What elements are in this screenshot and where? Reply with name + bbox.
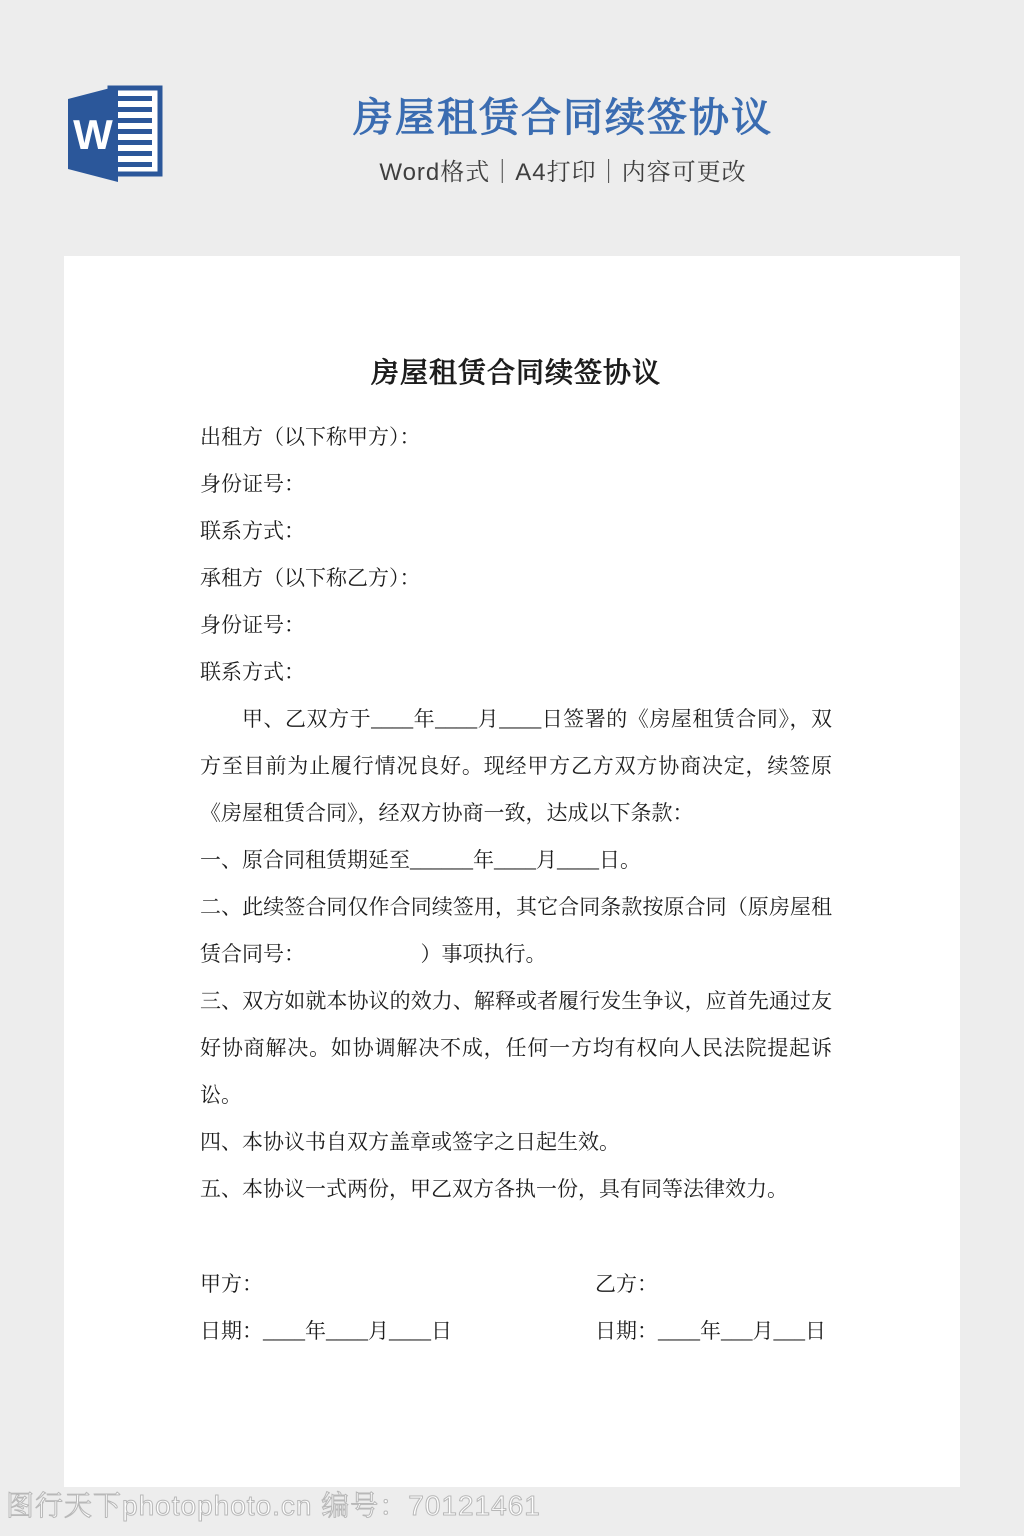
party-a-label: 甲方：: [200, 1261, 595, 1308]
lessor-line: 出租方（以下称甲方）：: [200, 414, 832, 461]
lessor-id-line: 身份证号：: [200, 461, 832, 508]
screenshot-root: W 房屋租赁合同续签协议 Word格式｜A4打印｜内容可更改 房屋租赁合同续签协…: [0, 0, 1024, 1536]
template-header: W 房屋租赁合同续签协议 Word格式｜A4打印｜内容可更改: [0, 0, 1024, 230]
intro-paragraph: 甲、乙双方于____年____月____日签署的《房屋租赁合同》，双方至目前为止…: [200, 696, 832, 837]
party-b-date: 日期：____年___月___日: [595, 1308, 832, 1355]
clause-4: 四、本协议书自双方盖章或签字之日起生效。: [200, 1119, 832, 1166]
template-subtitle: Word格式｜A4打印｜内容可更改: [166, 152, 960, 187]
word-icon-w: W: [73, 111, 113, 158]
signature-block: 甲方： 日期：____年____月____日 乙方： 日期：____年___月_…: [200, 1261, 832, 1355]
site-watermark: 图行天下photophoto.cn 编号：70121461: [6, 1484, 541, 1524]
document-title: 房屋租赁合同续签协议: [200, 352, 832, 396]
party-b-label: 乙方：: [595, 1261, 832, 1308]
word-icon: W: [62, 82, 166, 186]
clause-1: 一、原合同租赁期延至______年____月____日。: [200, 837, 832, 884]
template-title: 房屋租赁合同续签协议: [166, 94, 960, 142]
lessor-contact-line: 联系方式：: [200, 508, 832, 555]
lessee-line: 承租方（以下称乙方）：: [200, 555, 832, 602]
clause-2: 二、此续签合同仅作合同续签用，其它合同条款按原合同（原房屋租赁合同号： ）事项执…: [200, 884, 832, 978]
clause-3: 三、双方如就本协议的效力、解释或者履行发生争议，应首先通过友好协商解决。如协调解…: [200, 978, 832, 1119]
document-page: 房屋租赁合同续签协议 出租方（以下称甲方）： 身份证号： 联系方式： 承租方（以…: [64, 256, 960, 1487]
party-b-signature: 乙方： 日期：____年___月___日: [595, 1261, 832, 1355]
party-a-date: 日期：____年____月____日: [200, 1308, 595, 1355]
clause-5: 五、本协议一式两份，甲乙双方各执一份，具有同等法律效力。: [200, 1166, 832, 1213]
document-content: 房屋租赁合同续签协议 出租方（以下称甲方）： 身份证号： 联系方式： 承租方（以…: [200, 352, 832, 1355]
header-text-block: 房屋租赁合同续签协议 Word格式｜A4打印｜内容可更改: [166, 94, 960, 187]
party-a-signature: 甲方： 日期：____年____月____日: [200, 1261, 595, 1355]
lessee-contact-line: 联系方式：: [200, 649, 832, 696]
lessee-id-line: 身份证号：: [200, 602, 832, 649]
